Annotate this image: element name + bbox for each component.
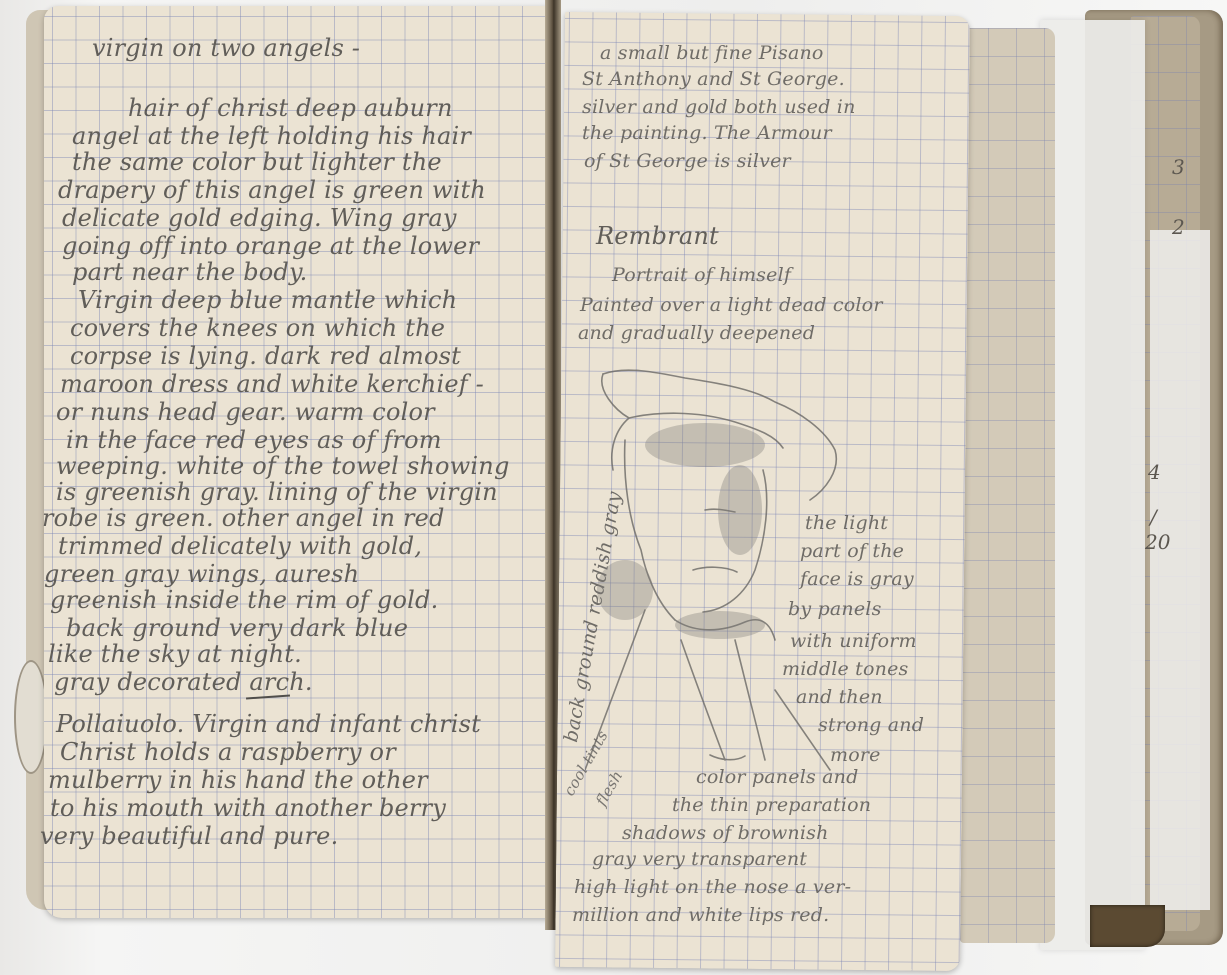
tissue-interleaf-2 xyxy=(1150,230,1210,910)
text-line: weeping. white of the towel showing xyxy=(56,452,510,480)
cover-corner xyxy=(1090,905,1165,947)
text-line: Virgin deep blue mantle which xyxy=(78,286,457,314)
text-line: very beautiful and pure. xyxy=(40,822,338,850)
side-note-line: more xyxy=(830,744,881,766)
text-line: and gradually deepened xyxy=(578,322,815,344)
side-note-line: strong and xyxy=(818,714,924,736)
text-line: or nuns head gear. warm color xyxy=(56,398,435,426)
edge-mark: / xyxy=(1150,505,1157,529)
side-note-line: the light xyxy=(805,512,888,534)
artist-heading: Rembrant xyxy=(596,222,719,250)
edge-mark: 20 xyxy=(1145,530,1170,554)
side-note-line: middle tones xyxy=(782,658,909,680)
stacked-pages-edge xyxy=(960,28,1055,943)
text-line: St Anthony and St George. xyxy=(582,68,845,90)
text-line: hair of christ deep auburn xyxy=(128,94,453,122)
text-line: silver and gold both used in xyxy=(582,96,856,118)
edge-mark: 4 xyxy=(1148,460,1161,484)
text-line: shadows of brownish xyxy=(622,822,829,844)
text-line: high light on the nose a ver- xyxy=(574,876,851,898)
text-line: like the sky at night. xyxy=(48,640,302,668)
text-line: gray decorated arch. xyxy=(54,668,313,696)
text-line: maroon dress and white kerchief - xyxy=(60,370,484,398)
text-line: million and white lips red. xyxy=(572,904,829,926)
side-note-line: face is gray xyxy=(800,568,914,590)
text-line: virgin on two angels - xyxy=(92,34,360,62)
text-line: corpse is lying. dark red almost xyxy=(70,342,461,370)
text-line: trimmed delicately with gold, xyxy=(58,532,422,560)
text-line: of St George is silver xyxy=(584,150,791,172)
edge-mark: 2 xyxy=(1172,215,1185,239)
artwork-subheading: Portrait of himself xyxy=(612,264,791,286)
text-line: covers the knees on which the xyxy=(70,314,445,342)
text-line: Christ holds a raspberry or xyxy=(60,738,396,766)
tissue-interleaf xyxy=(1040,20,1145,950)
text-line: gray very transparent xyxy=(592,848,807,870)
text-line: mulberry in his hand the other xyxy=(48,766,428,794)
text-line: color panels and xyxy=(696,766,858,788)
text-line: delicate gold edging. Wing gray xyxy=(62,204,457,232)
text-line: the painting. The Armour xyxy=(582,122,832,144)
text-line: green gray wings, auresh xyxy=(44,560,359,588)
text-line: Painted over a light dead color xyxy=(580,294,883,316)
text-line: back ground very dark blue xyxy=(66,614,408,642)
text-line: is greenish gray. lining of the virgin xyxy=(56,478,498,506)
text-line: to his mouth with another berry xyxy=(50,794,446,822)
side-note-line: part of the xyxy=(800,540,904,562)
text-line: greenish inside the rim of gold. xyxy=(50,586,438,614)
side-note-line: and then xyxy=(796,686,883,708)
text-line: in the face red eyes as of from xyxy=(66,426,442,454)
text-line: part near the body. xyxy=(72,258,307,286)
elastic-clasp xyxy=(14,660,48,774)
side-note-line: by panels xyxy=(788,598,882,620)
text-line: the thin preparation xyxy=(672,794,871,816)
side-note-line: with uniform xyxy=(790,630,917,652)
text-line: going off into orange at the lower xyxy=(62,232,479,260)
text-line: drapery of this angel is green with xyxy=(58,176,486,204)
edge-mark: 3 xyxy=(1172,155,1185,179)
text-line: robe is green. other angel in red xyxy=(42,504,445,532)
text-line: Pollaiuolo. Virgin and infant christ xyxy=(56,710,481,738)
text-line: the same color but lighter the xyxy=(72,148,442,176)
text-line: angel at the left holding his hair xyxy=(72,122,471,150)
text-line: a small but fine Pisano xyxy=(600,42,824,64)
